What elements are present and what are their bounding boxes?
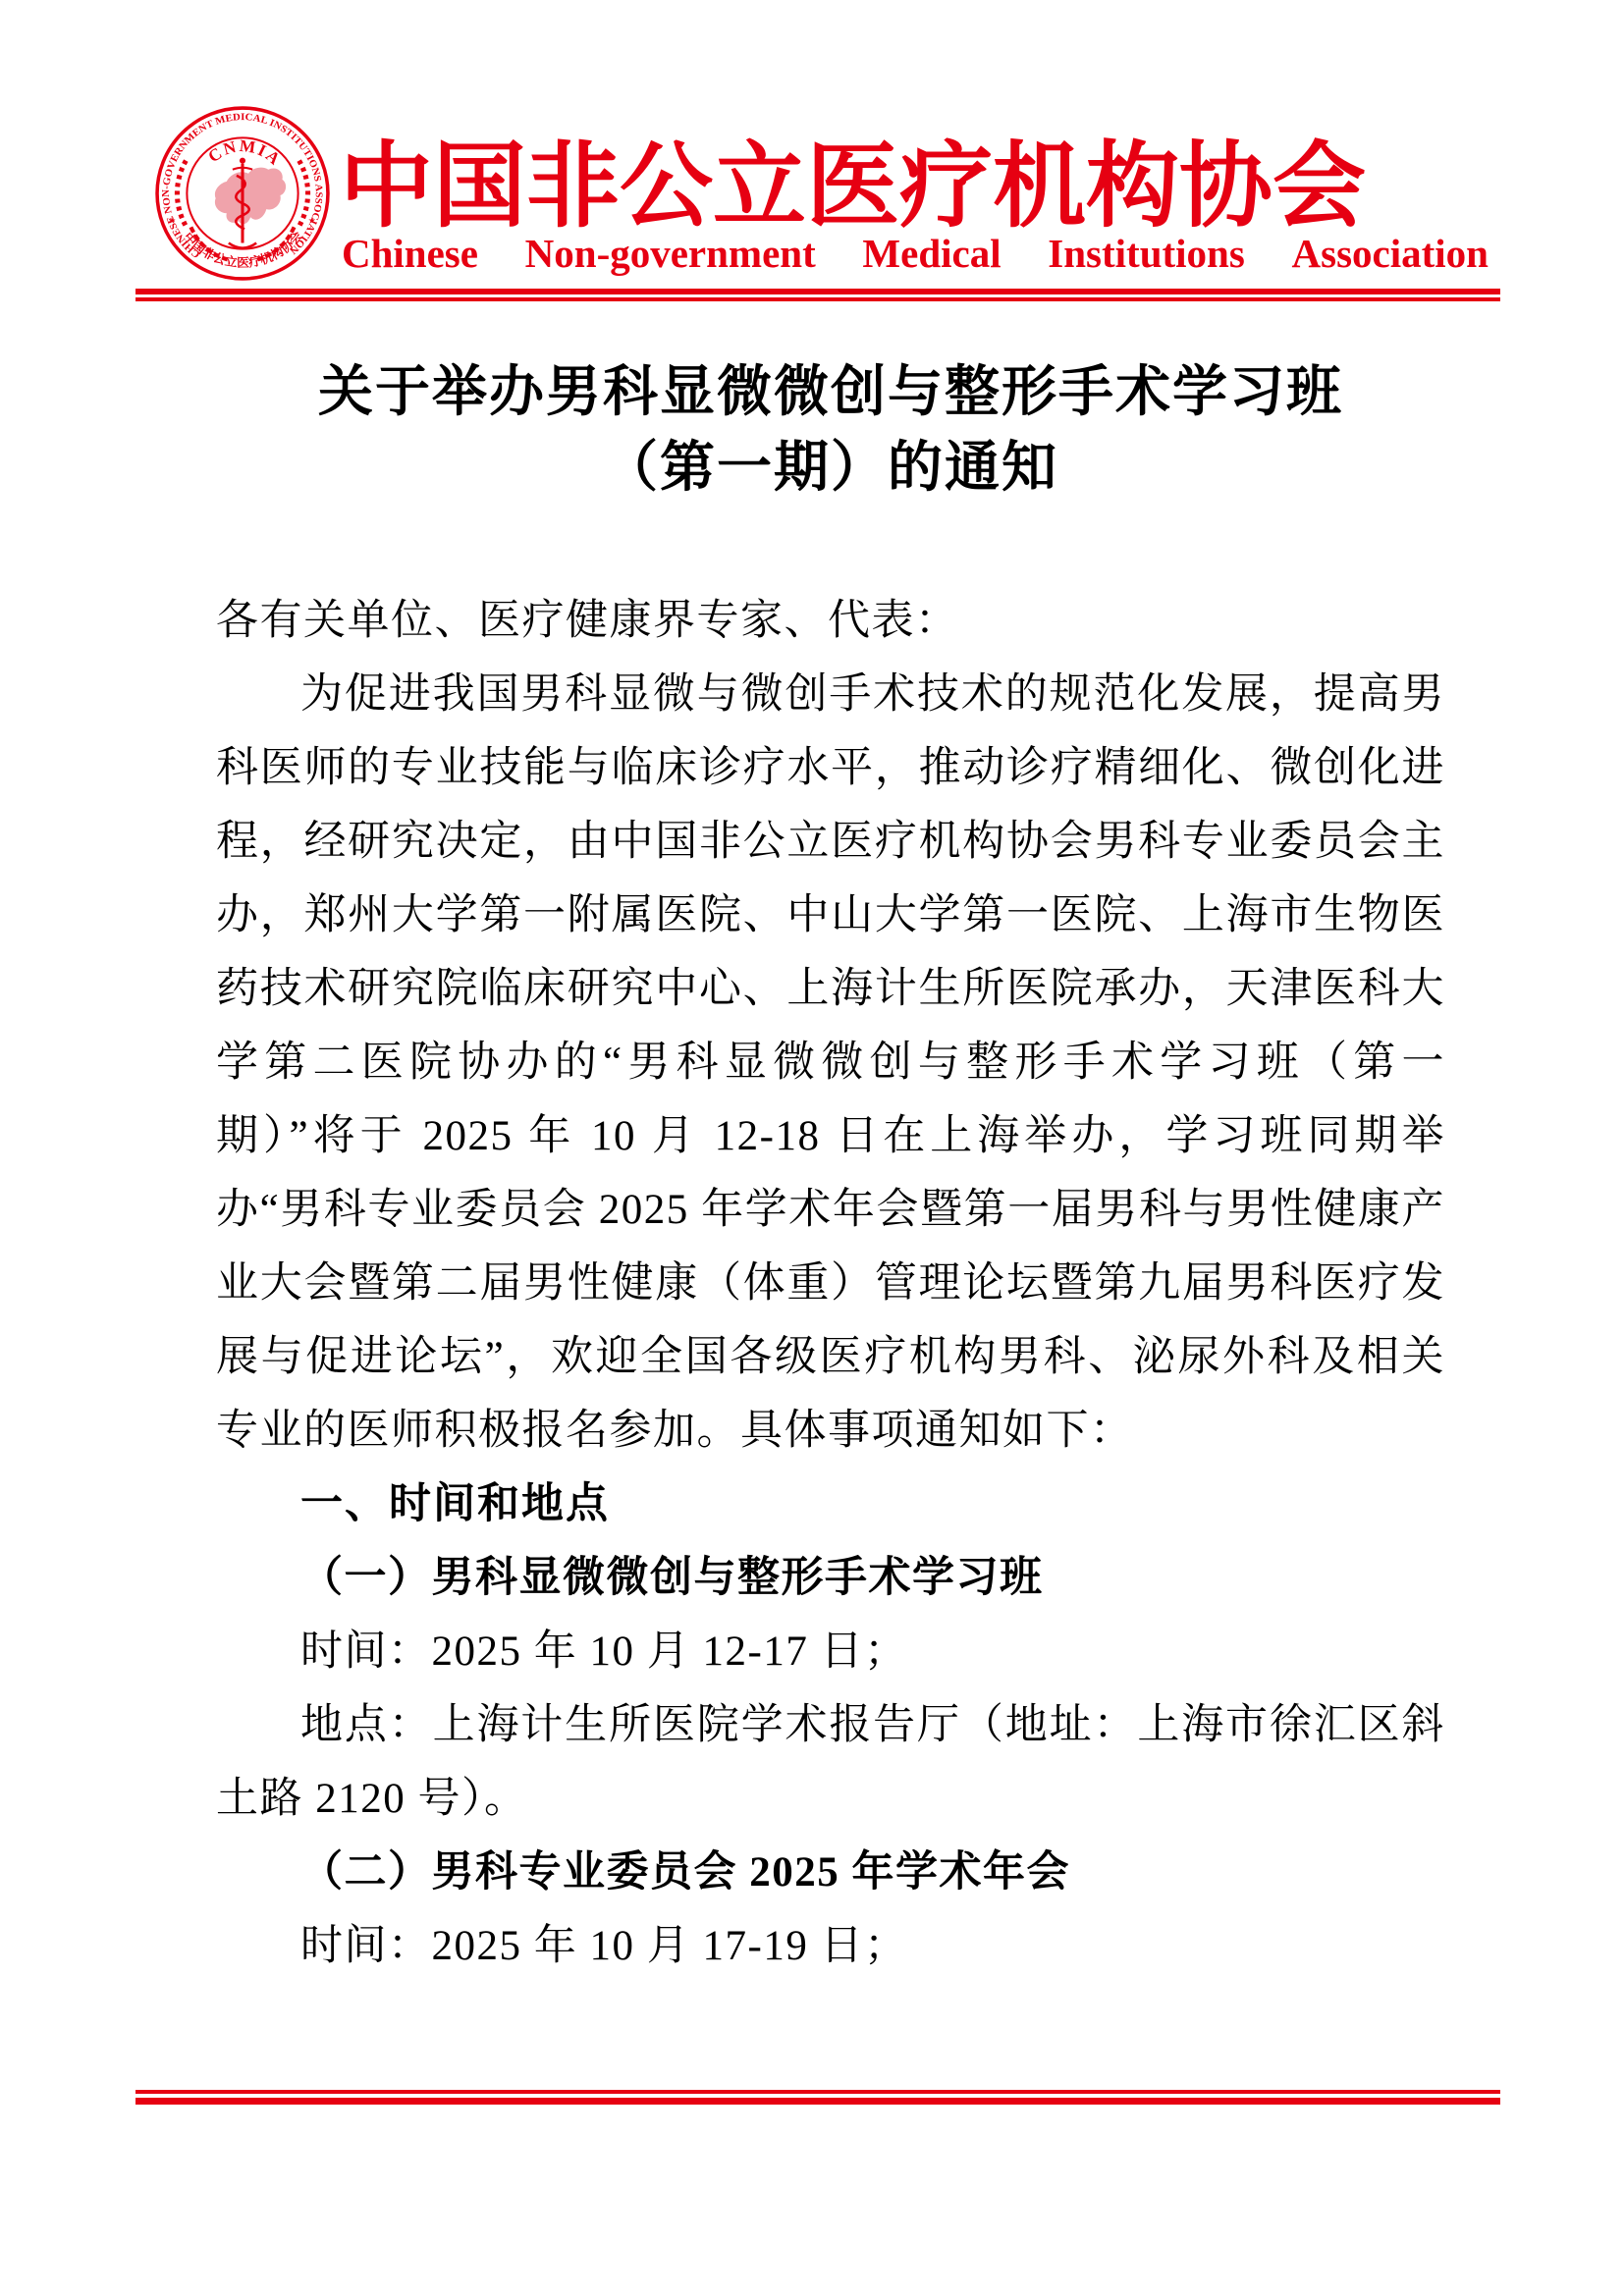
document-title-line1: 关于举办男科显微微创与整形手术学习班 — [216, 353, 1445, 429]
notice-document-page: CHINESE NON-GOVERNMENT MEDICAL INSTITUTI… — [0, 0, 1624, 2296]
footer-double-rule — [135, 2090, 1500, 2105]
org-name-english-word: Chinese — [342, 234, 478, 274]
org-name-english-word: Institutions — [1048, 234, 1245, 274]
org-name-english-word: Medical — [862, 234, 1001, 274]
intro-paragraph: 为促进我国男科显微与微创手术技术的规范化发展，提高男科医师的专业技能与临床诊疗水… — [216, 658, 1445, 1468]
greeting-line: 各有关单位、医疗健康界专家、代表： — [216, 584, 1445, 658]
seal-star-left-icon: ★ — [168, 215, 176, 225]
section-heading-time-place: 一、时间和地点 — [216, 1468, 1445, 1541]
org-name-chinese: 中国非公立医疗机构协会 — [340, 133, 1493, 240]
subsection-2-time: 时间：2025 年 10 月 17-19 日； — [216, 1909, 1445, 1983]
org-name-english-word: Association — [1292, 234, 1489, 274]
org-name-english-word: Non-government — [525, 234, 816, 274]
subsection-1-time: 时间：2025 年 10 月 12-17 日； — [216, 1615, 1445, 1688]
subsection-2-heading: （二）男科专业委员会 2025 年学术年会 — [216, 1836, 1445, 1909]
document-title-line2: （第一期）的通知 — [216, 429, 1445, 505]
header-double-rule — [135, 289, 1500, 301]
subsection-1-heading: （一）男科显微微创与整形手术学习班 — [216, 1541, 1445, 1615]
document-body: 各有关单位、医疗健康界专家、代表： 为促进我国男科显微与微创手术技术的规范化发展… — [216, 584, 1445, 1983]
subsection-1-place: 地点：上海计生所医院学术报告厅（地址：上海市徐汇区斜土路 2120 号）。 — [216, 1688, 1445, 1836]
seal-star-right-icon: ★ — [308, 215, 316, 225]
org-name-english: Chinese Non-government Medical Instituti… — [342, 234, 1489, 274]
cnmia-seal-logo: CHINESE NON-GOVERNMENT MEDICAL INSTITUTI… — [153, 104, 332, 283]
document-title: 关于举办男科显微微创与整形手术学习班 （第一期）的通知 — [216, 353, 1445, 505]
staff-top-icon — [240, 158, 245, 164]
